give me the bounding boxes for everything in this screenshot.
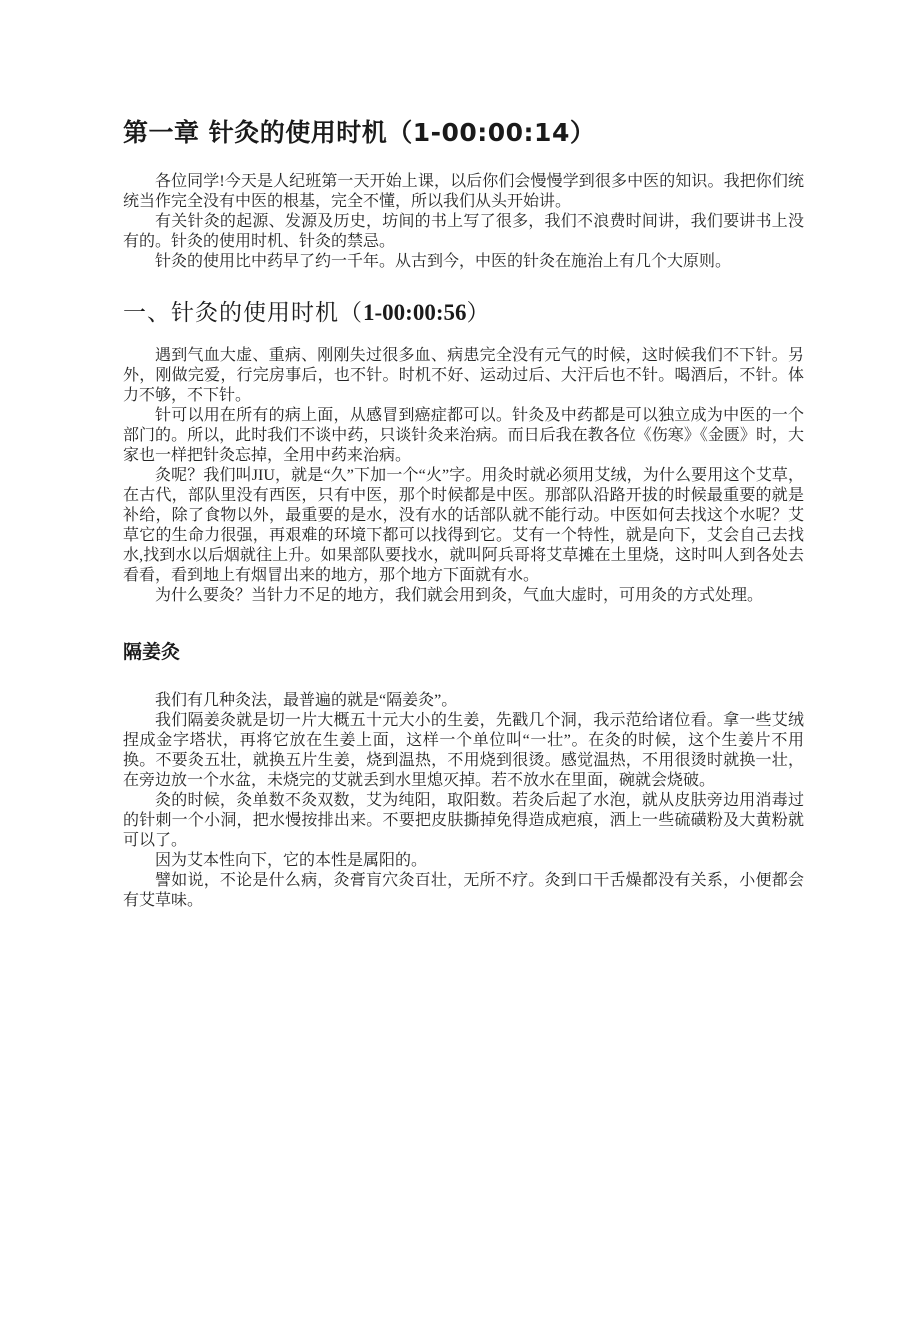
subsection-heading: 隔姜灸 (123, 640, 804, 665)
section-heading-paren-close: ） (466, 300, 490, 325)
section-heading-timestamp: 1-00:00:56 (363, 300, 466, 325)
chapter-title: 第一章 针灸的使用时机（1-00:00:14） (123, 117, 804, 148)
paragraph: 因为艾本性向下，它的本性是属阳的。 (123, 851, 804, 871)
document-page: 第一章 针灸的使用时机（1-00:00:14） 各位同学!今天是人纪班第一天开始… (0, 0, 909, 1325)
section-heading-paren-open: （ (339, 300, 363, 325)
section-heading: 一、针灸的使用时机（1-00:00:56） (123, 298, 804, 328)
paragraph: 针灸的使用比中药早了约一千年。从古到今，中医的针灸在施治上有几个大原则。 (123, 252, 804, 272)
paragraph: 我们有几种灸法，最普遍的就是“隔姜灸”。 (123, 691, 804, 711)
paragraph: 为什么要灸？当针力不足的地方，我们就会用到灸，气血大虚时，可用灸的方式处理。 (123, 586, 804, 606)
paragraph: 有关针灸的起源、发源及历史，坊间的书上写了很多，我们不浪费时间讲，我们要讲书上没… (123, 212, 804, 252)
paragraph: 灸呢？我们叫JIU，就是“久”下加一个“火”字。用灸时就必须用艾绒，为什么要用这… (123, 466, 804, 586)
paragraph: 针可以用在所有的病上面，从感冒到癌症都可以。针灸及中药都是可以独立成为中医的一个… (123, 406, 804, 466)
paragraph: 灸的时候，灸单数不灸双数，艾为纯阳，取阳数。若灸后起了水泡，就从皮肤旁边用消毒过… (123, 791, 804, 851)
document-content: 第一章 针灸的使用时机（1-00:00:14） 各位同学!今天是人纪班第一天开始… (123, 117, 804, 911)
paragraph: 我们隔姜灸就是切一片大概五十元大小的生姜，先戳几个洞，我示范给诸位看。拿一些艾绒… (123, 711, 804, 791)
paragraph: 各位同学!今天是人纪班第一天开始上课，以后你们会慢慢学到很多中医的知识。我把你们… (123, 172, 804, 212)
section-heading-text: 一、针灸的使用时机 (123, 300, 339, 325)
paragraph: 譬如说，不论是什么病，灸膏肓穴灸百壮，无所不疗。灸到口干舌燥都没有关系，小便都会… (123, 871, 804, 911)
paragraph: 遇到气血大虚、重病、刚刚失过很多血、病患完全没有元气的时候，这时候我们不下针。另… (123, 346, 804, 406)
